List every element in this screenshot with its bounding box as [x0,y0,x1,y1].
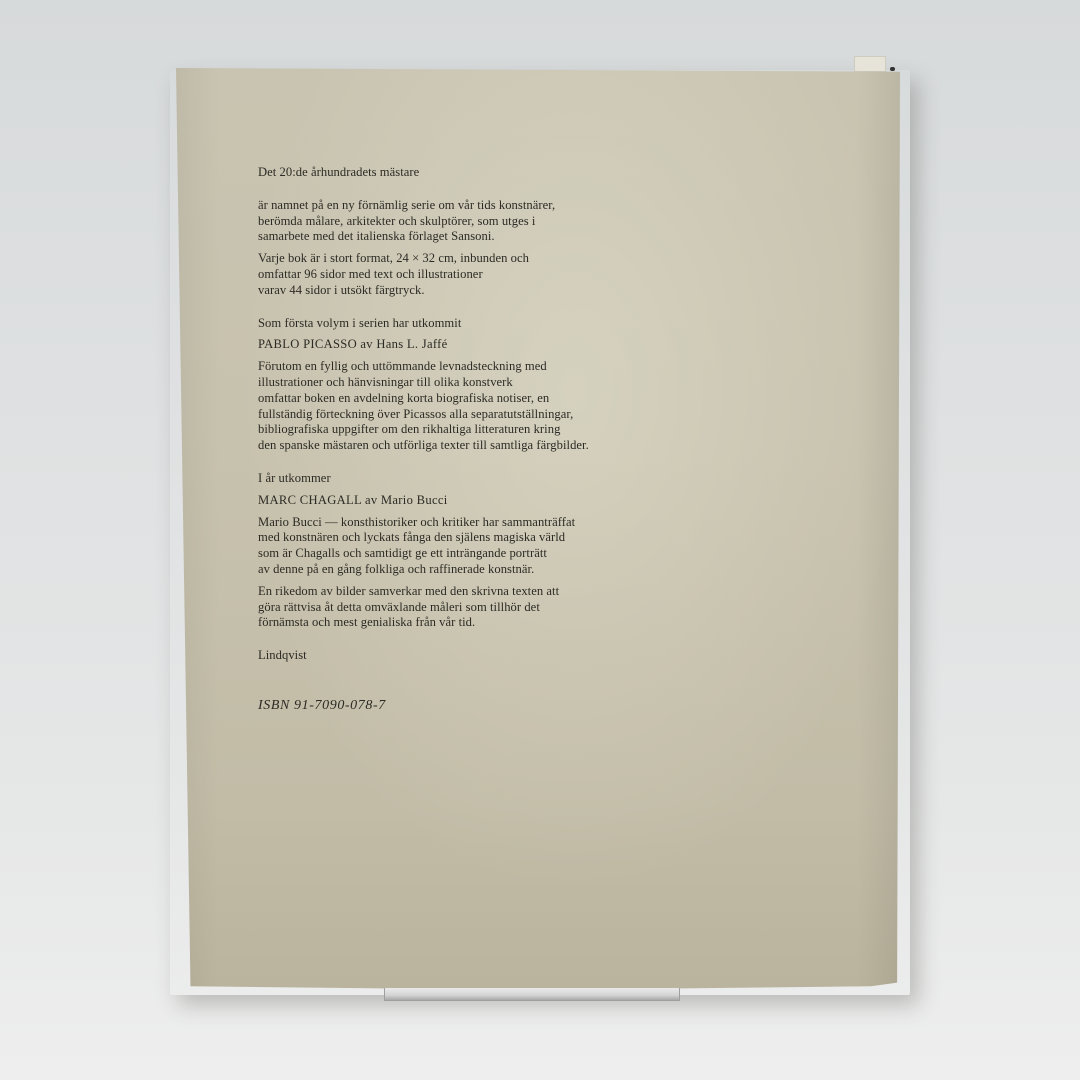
format-line: Varje bok är i stort format, 24 × 32 cm,… [258,251,638,267]
closing-line: göra rättvisa åt detta omväxlande måleri… [258,600,638,616]
intro-line: berömda målare, arkitekter och skulptöre… [258,214,638,230]
format-line: omfattar 96 sidor med text och illustrat… [258,267,638,283]
dust-jacket-tab [854,56,886,72]
display-stand [384,988,680,1001]
first-volume-line: Förutom en fyllig och uttömmande levnads… [258,359,638,375]
upcoming-intro: I år utkommer [258,471,638,487]
intro-line: samarbete med det italienska förlaget Sa… [258,229,638,245]
intro-line: är namnet på en ny förnämlig serie om vå… [258,198,638,214]
corner-wear [890,67,895,71]
first-volume-line: bibliografiska uppgifter om den rikhalti… [258,422,638,438]
isbn-number: ISBN 91-7090-078-7 [258,698,638,714]
upcoming-title: MARC CHAGALL av Mario Bucci [258,493,638,509]
first-volume-line: den spanske mästaren och utförliga texte… [258,438,638,454]
first-volume-line: illustrationer och hänvisningar till oli… [258,375,638,391]
back-cover-text: Det 20:de århundradets mästare är namnet… [258,165,638,714]
first-volume-intro: Som första volym i serien har utkommit [258,316,638,332]
first-volume-line: fullständig förteckning över Picassos al… [258,407,638,423]
closing-line: En rikedom av bilder samverkar med den s… [258,584,638,600]
upcoming-line: som är Chagalls och samtidigt ge ett int… [258,546,638,562]
first-volume-line: omfattar boken en avdelning korta biogra… [258,391,638,407]
closing-line: förnämsta och mest genialiska från vår t… [258,615,638,631]
series-title: Det 20:de århundradets mästare [258,165,638,181]
upcoming-line: Mario Bucci — konsthistoriker och kritik… [258,515,638,531]
format-line: varav 44 sidor i utsökt färgtryck. [258,283,638,299]
first-volume-title: PABLO PICASSO av Hans L. Jaffé [258,337,638,353]
publisher-name: Lindqvist [258,648,638,664]
upcoming-line: med konstnären och lyckats fånga den sjä… [258,530,638,546]
upcoming-line: av denne på en gång folkliga och raffine… [258,562,638,578]
